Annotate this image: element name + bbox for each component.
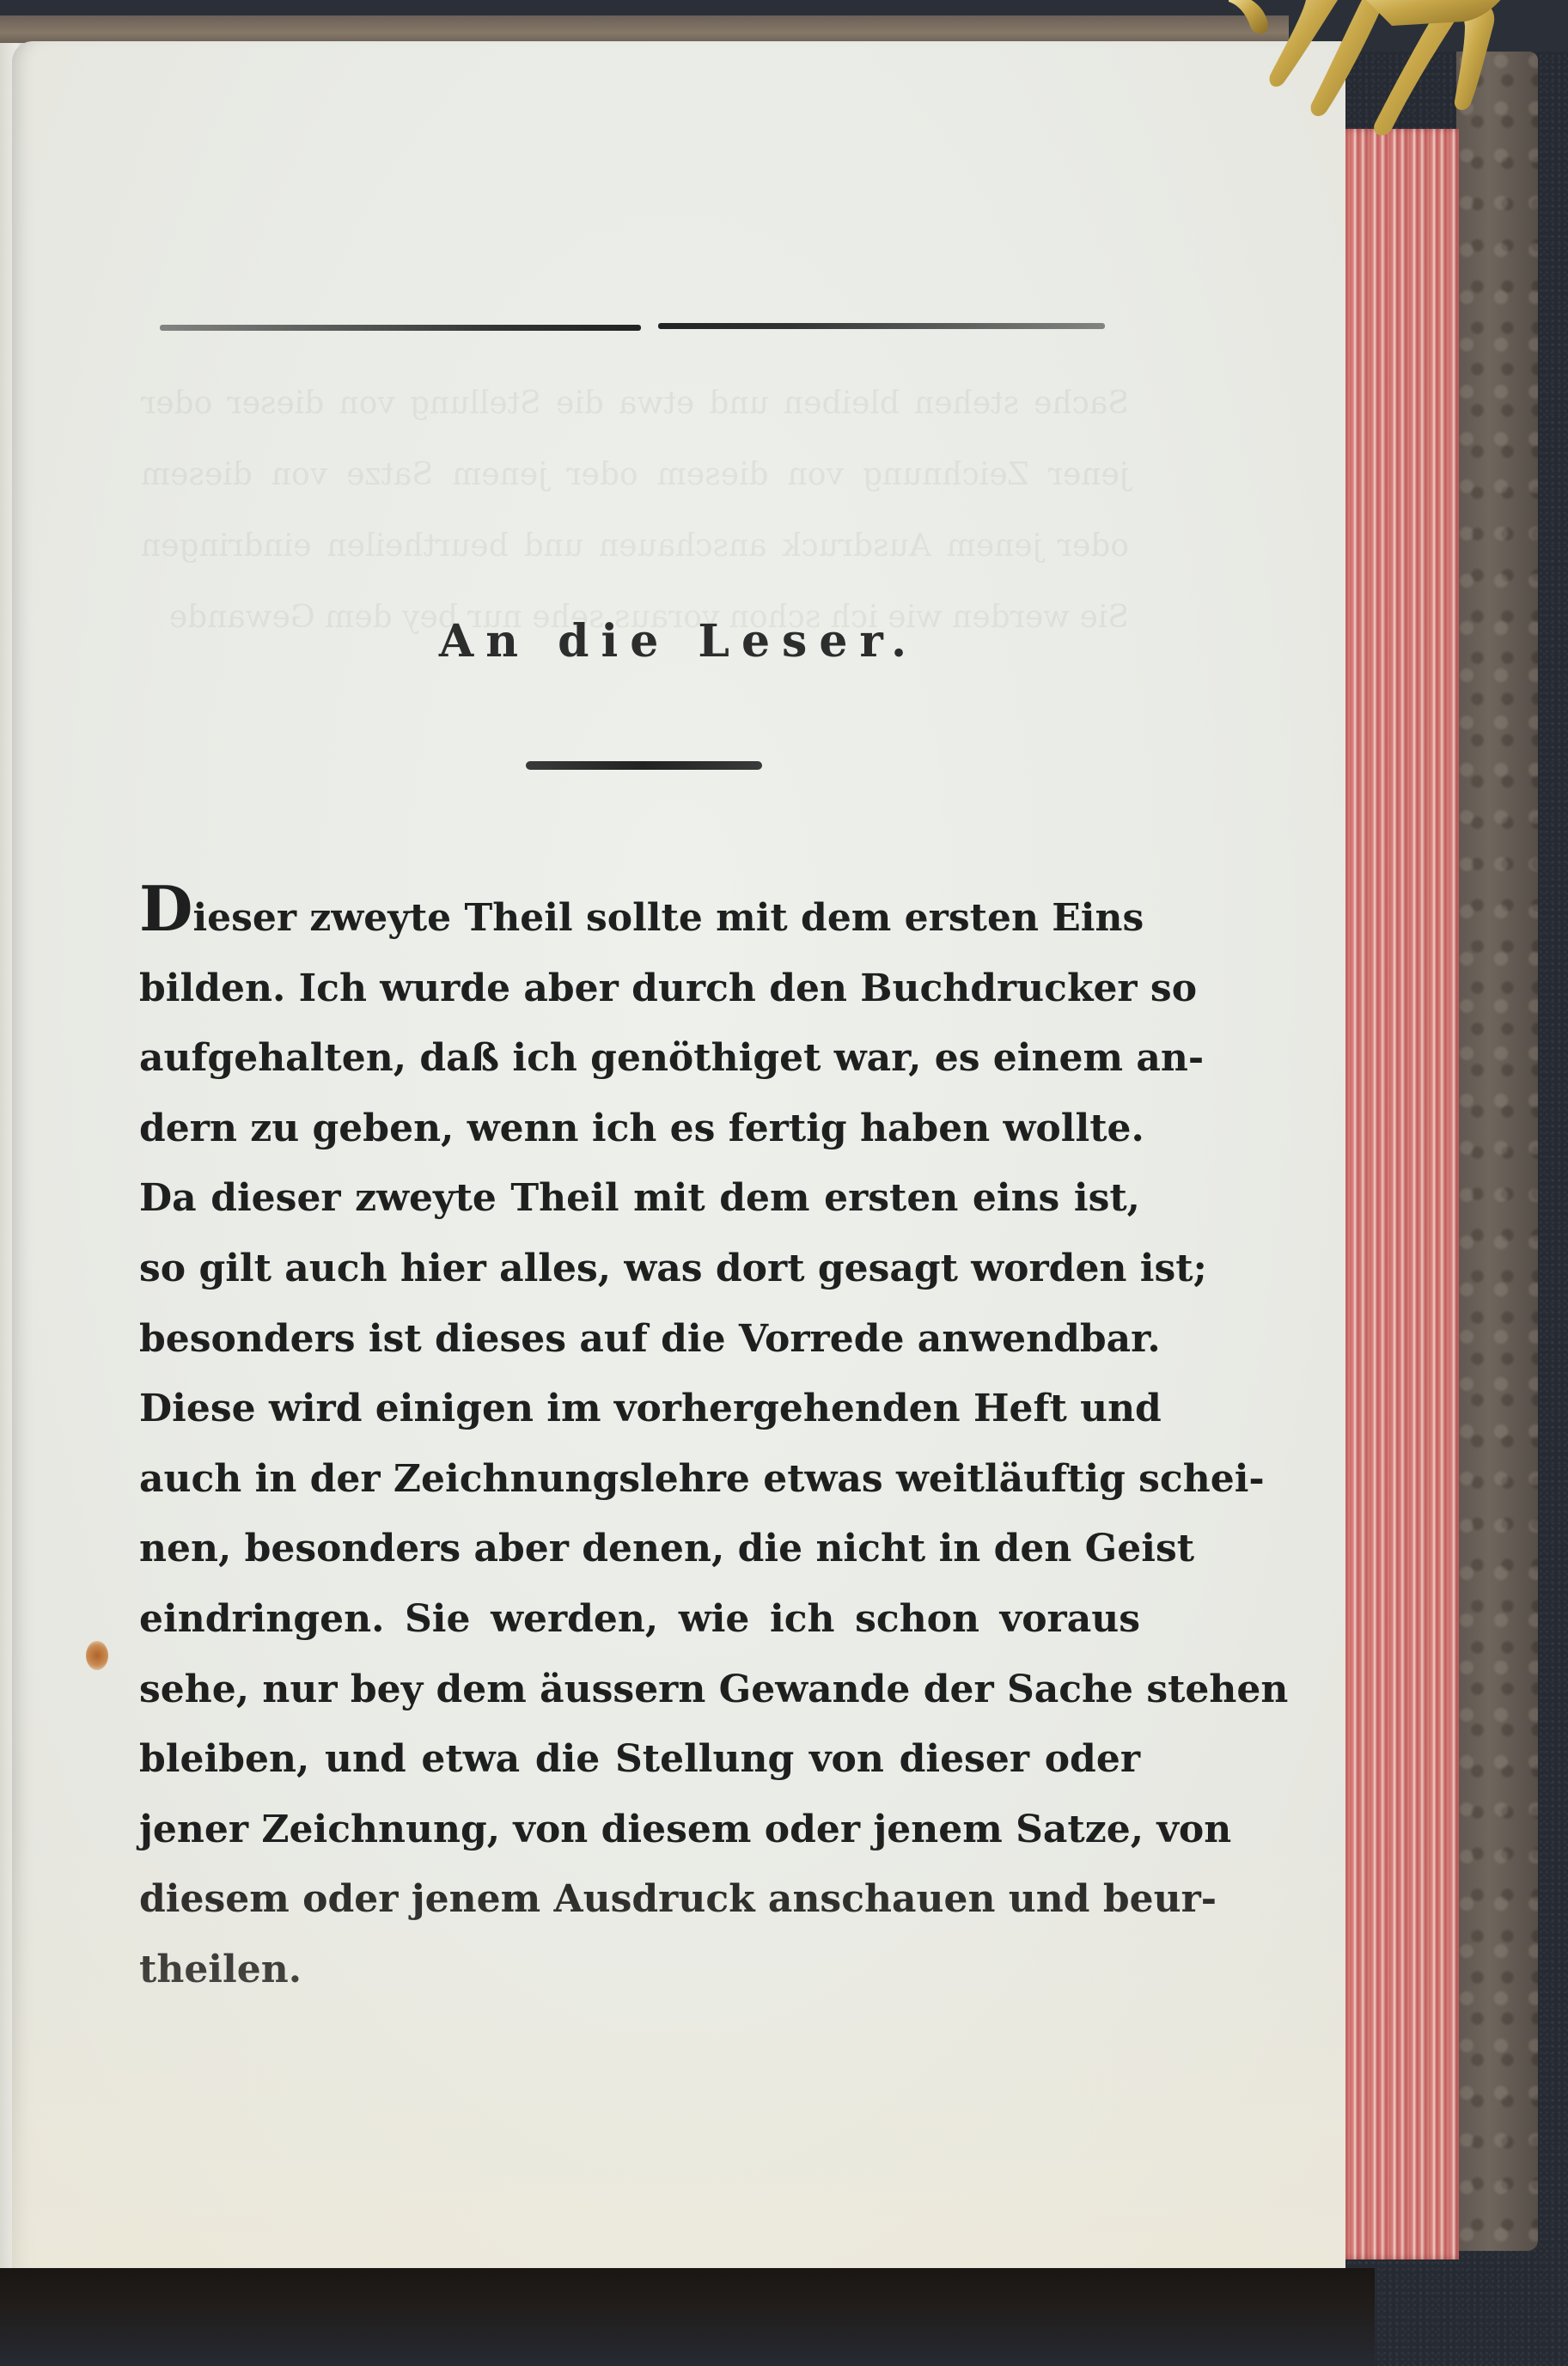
show-through-text: Sache stehen bleiben und etwa die Stellu… [141,368,1129,653]
text-line: theilen. [139,1935,1140,2005]
ornamental-rule-left [160,325,641,331]
text-line: jener Zeichnung, von diesem oder jenem S… [139,1795,1140,1865]
text-line: besonders ist dieses auf die Vorrede anw… [139,1304,1140,1375]
page-title: An die Leser. [12,615,1345,668]
ornamental-rule-right [658,323,1105,329]
text-line: bleiben, und etwa die Stellung von diese… [139,1724,1140,1795]
text-line: eindringen. Sie werden, wie ich schon vo… [139,1584,1140,1655]
text-line-content: ieser zweyte Theil sollte mit dem ersten… [192,896,1144,940]
text-line: Dieser zweyte Theil sollte mit dem erste… [139,883,1140,954]
text-line: sehe, nur bey dem äussern Gewande der Sa… [139,1655,1140,1725]
foxing-stain [86,1641,108,1670]
back-cover-board [1456,52,1538,2251]
title-underline-rule [526,761,762,770]
text-line: nen, besonders aber denen, die nicht in … [139,1514,1140,1584]
page-bottom-shadow [0,2268,1375,2366]
text-line: so gilt auch hier alles, was dort gesagt… [139,1234,1140,1304]
text-line: bilden. Ich wurde aber durch den Buchdru… [139,954,1140,1024]
text-line: diesem oder jenem Ausdruck anschauen und… [139,1864,1140,1935]
brass-hand-clip-icon [1220,0,1529,155]
text-line: Diese wird einigen im vorhergehenden Hef… [139,1374,1140,1444]
body-paragraph: Dieser zweyte Theil sollte mit dem erste… [139,883,1140,2005]
text-line: dern zu geben, wenn ich es fertig haben … [139,1094,1140,1164]
text-line: auch in der Zeichnungslehre etwas weitlä… [139,1444,1140,1515]
drop-cap: D [139,872,192,945]
book-page: Sache stehen bleiben und etwa die Stellu… [12,41,1345,2284]
red-fore-edge [1330,129,1459,2259]
book-photo-scene: Sache stehen bleiben und etwa die Stellu… [0,0,1568,2366]
text-line: Da dieser zweyte Theil mit dem ersten ei… [139,1163,1140,1234]
text-line: aufgehalten, daß ich genöthiget war, es … [139,1023,1140,1094]
